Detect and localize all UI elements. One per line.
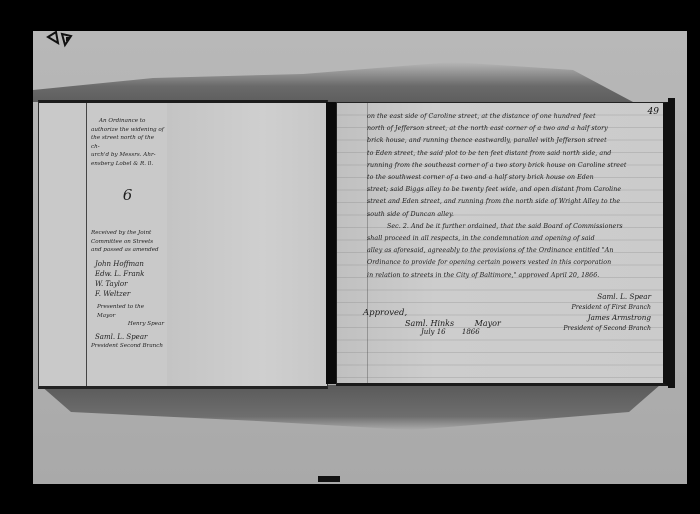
approval-date: July 16 1866 bbox=[421, 328, 501, 336]
mayor-approval: Approved, Saml. Hinks Mayor July 16 1866 bbox=[363, 308, 501, 336]
committee-signatures: John Hoffman Edw. L. Frank W. Taylor F. … bbox=[91, 259, 164, 299]
approved-label: Approved, bbox=[363, 308, 501, 318]
referral-note: Received by the Joint Committee on Stree… bbox=[91, 229, 164, 255]
branch-signatures: Saml. L. Spear President of First Branch… bbox=[563, 292, 651, 334]
margin-note: An Ordinance to authorize the widening o… bbox=[91, 117, 164, 169]
film-target-mark-icon bbox=[46, 31, 76, 49]
book-edge bbox=[668, 98, 675, 388]
mayor-signature-line: Saml. Hinks Mayor bbox=[405, 319, 501, 328]
clerk-signature: Saml. L. Spear President Second Branch bbox=[91, 332, 164, 351]
mayor-name: Saml. Hinks bbox=[405, 319, 454, 328]
margin-note-column: An Ordinance to authorize the widening o… bbox=[87, 103, 167, 386]
signature-first-branch: Saml. L. Spear bbox=[563, 292, 651, 303]
ordinance-text: on the east side of Caroline street, at … bbox=[367, 111, 657, 282]
book-spine bbox=[326, 102, 336, 384]
blank-facing-page bbox=[167, 103, 327, 386]
left-page: An Ordinance to authorize the widening o… bbox=[38, 100, 328, 389]
signature-second-branch: James Armstrong bbox=[563, 313, 651, 324]
film-tray-mark bbox=[318, 476, 340, 482]
title-first-branch: President of First Branch bbox=[563, 303, 651, 314]
mayor-title: Mayor bbox=[475, 319, 501, 328]
mayor-referral: Presented to the Mayor Henry Spear bbox=[91, 303, 164, 329]
title-second-branch: President of Second Branch bbox=[563, 324, 651, 335]
section-marker: 6 bbox=[91, 191, 164, 200]
right-page: 49 on the east side of Caroline street, … bbox=[336, 102, 669, 386]
